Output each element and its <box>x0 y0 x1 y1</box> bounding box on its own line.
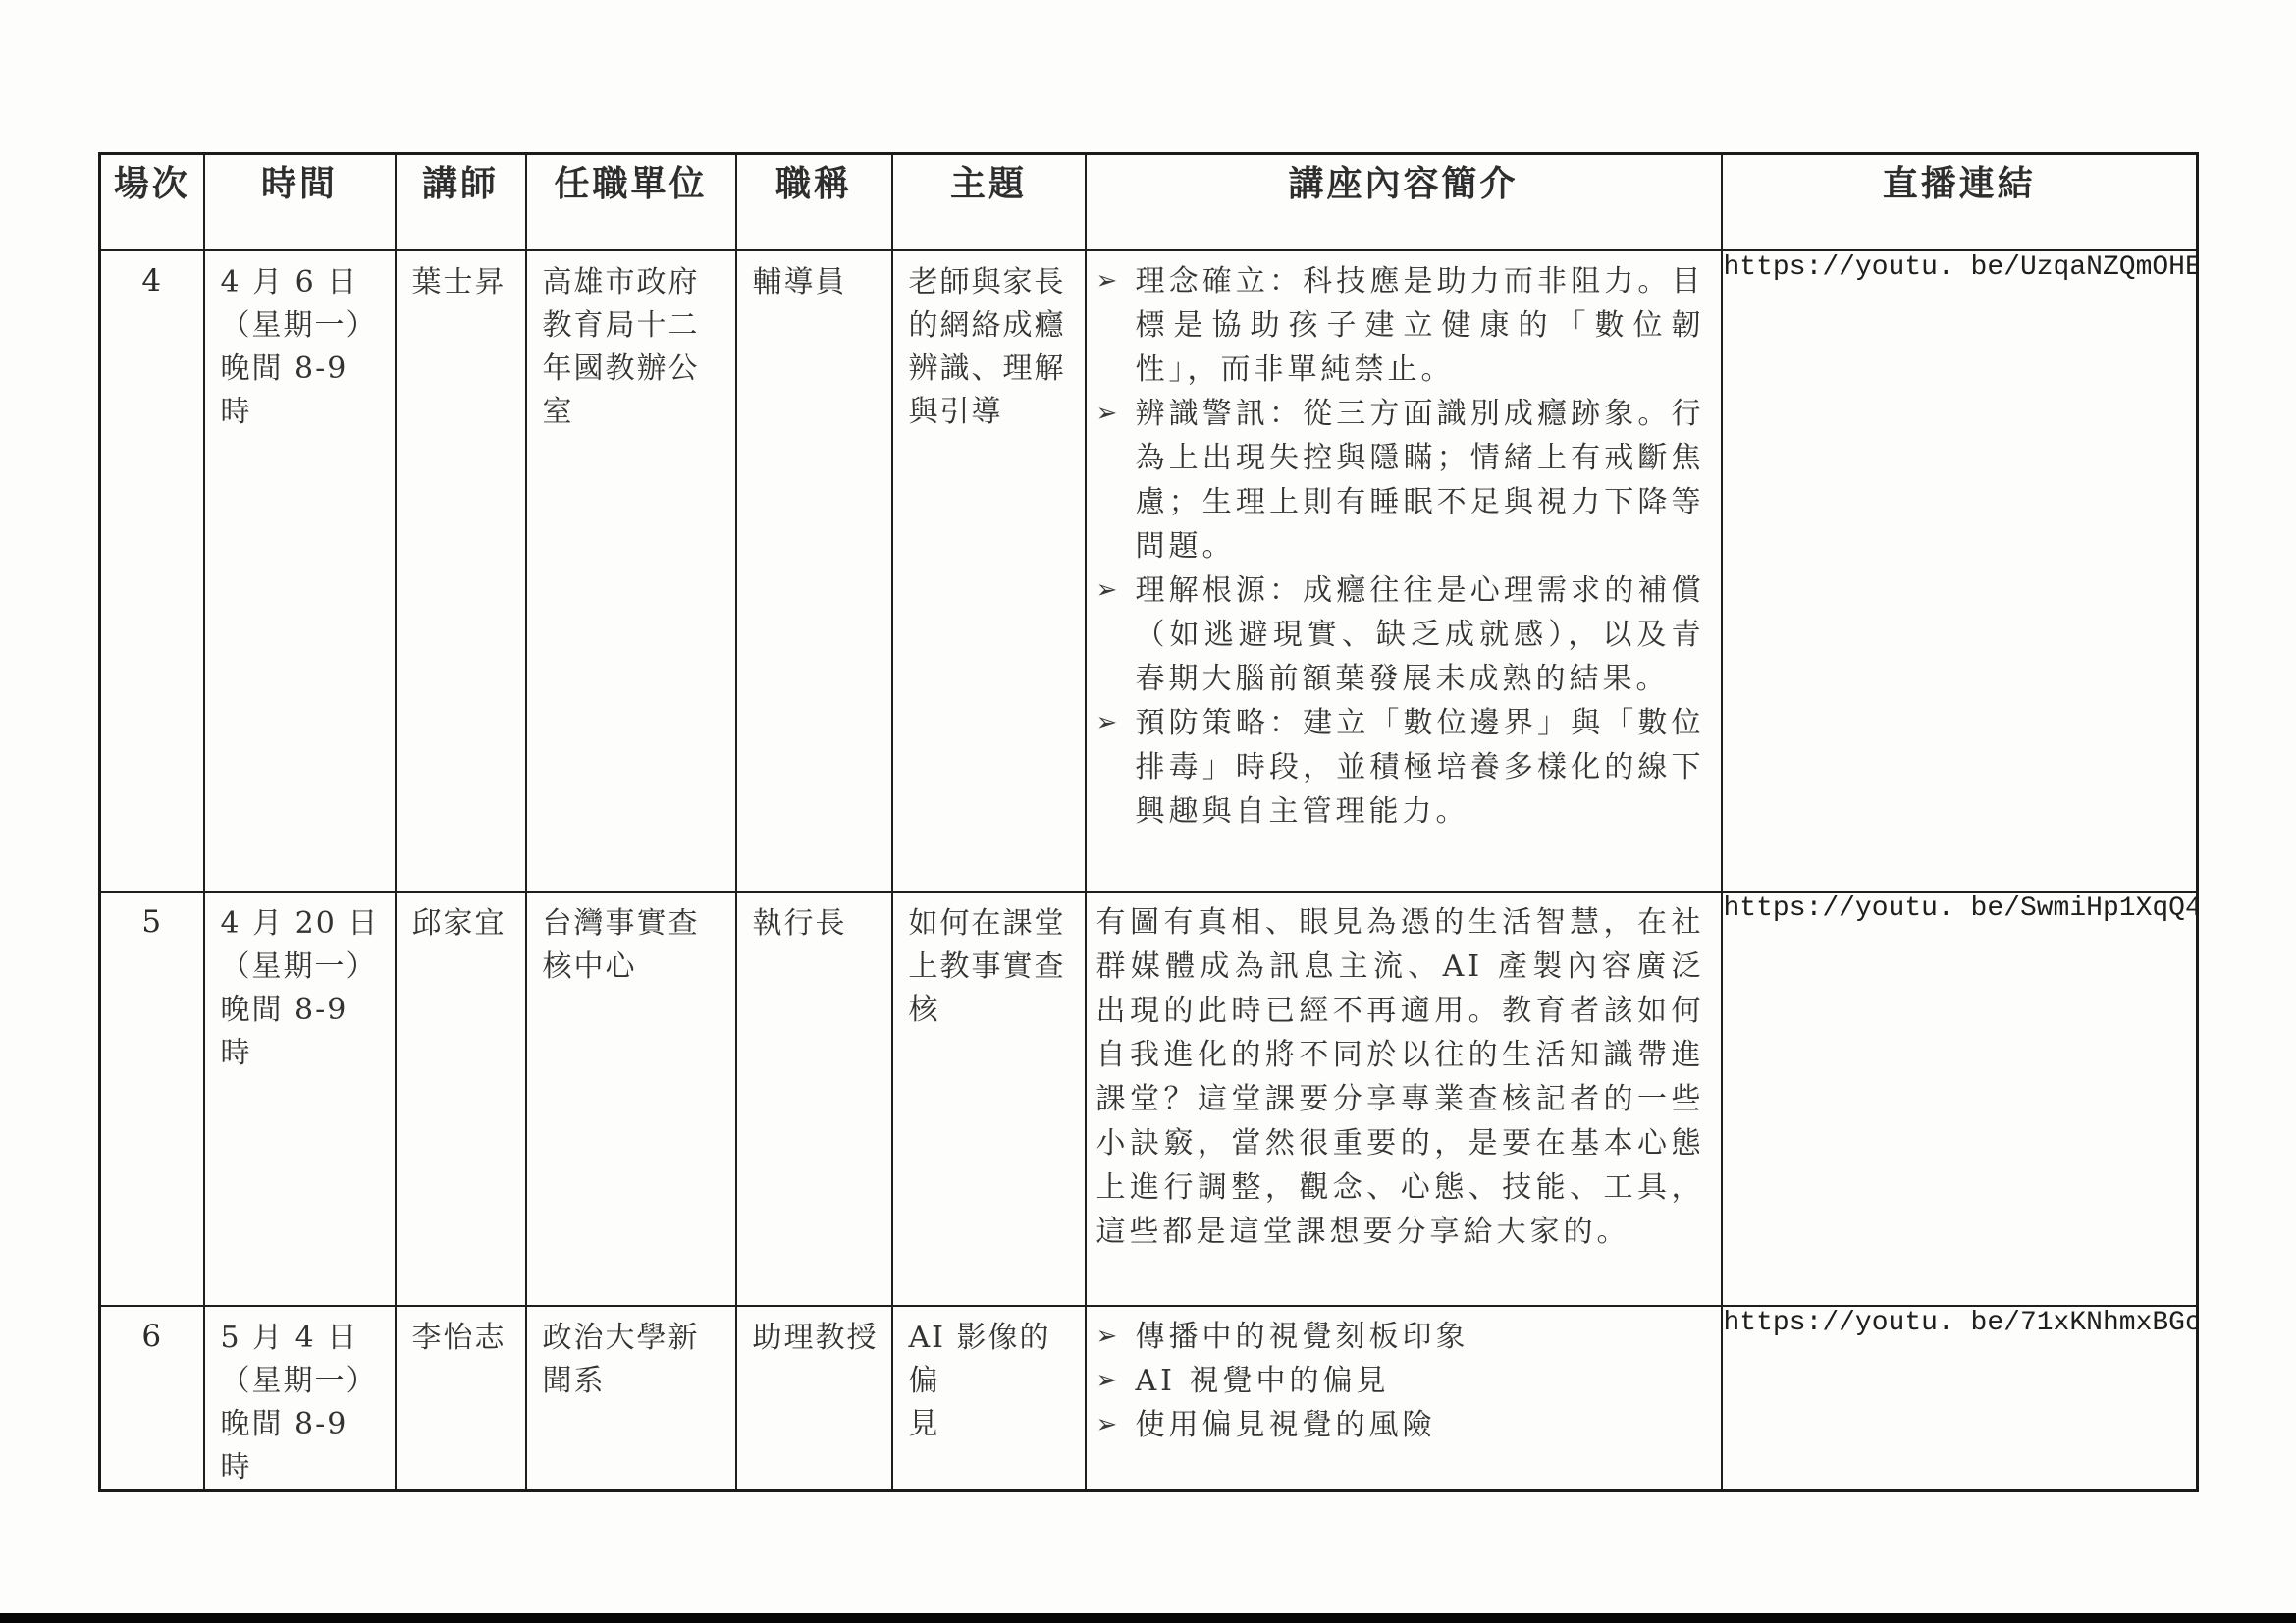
content-intro-cell: 有圖有真相、眼見為憑的生活智慧，在社群媒體成為訊息主流、AI 產製內容廣泛出現的… <box>1086 892 1722 1306</box>
bullet-text: 預防策略：建立「數位邊界」與「數位排毒」時段，並積極培養多樣化的線下興趣與自主管… <box>1136 706 1705 829</box>
bullet-text: 辨識警訊：從三方面識別成癮跡象。行為上出現失控與隱瞞；情緒上有戒斷焦慮；生理上則… <box>1136 397 1705 564</box>
scan-edge-bar <box>0 1613 2296 1623</box>
content-intro-cell: ➢ 理念確立：科技應是助力而非阻力。目標是協助孩子建立健康的「數位韌性」，而非單… <box>1086 250 1722 892</box>
topic-cell: AI 影像的偏 見 <box>892 1306 1086 1491</box>
col-header-session: 場次 <box>100 154 204 251</box>
col-header-content-intro: 講座內容簡介 <box>1086 154 1722 251</box>
col-header-organization: 任職單位 <box>526 154 736 251</box>
job-title-cell: 執行長 <box>736 892 892 1306</box>
organization-cell: 台灣事實查 核中心 <box>526 892 736 1306</box>
youtube-link: https://youtu. be/71xKNhmxBGo <box>1724 1308 2198 1338</box>
content-bullet-item: ➢ 辨識警訊：從三方面識別成癮跡象。行為上出現失控與隱瞞；情緒上有戒斷焦慮；生理… <box>1096 392 1705 568</box>
content-bullet-list: ➢ 傳播中的視覺刻板印象 ➢ AI 視覺中的偏見 ➢ 使用偏見視覺的風險 <box>1096 1315 1705 1447</box>
arrow-bullet-icon: ➢ <box>1096 392 1118 436</box>
content-bullet-item: ➢ 使用偏見視覺的風險 <box>1096 1403 1705 1447</box>
youtube-link: https://youtu. be/UzqaNZQmOHE <box>1724 252 2198 283</box>
col-header-topic: 主題 <box>892 154 1086 251</box>
lecturer-cell: 李怡志 <box>396 1306 526 1491</box>
table-row-session-5: 5 4 月 20 日 （星期一） 晚間 8-9 時 邱家宜 台灣事實查 核中心 … <box>100 892 2198 1306</box>
content-bullet-list: ➢ 理念確立：科技應是助力而非阻力。目標是協助孩子建立健康的「數位韌性」，而非單… <box>1096 259 1705 834</box>
topic-cell: 如何在課堂 上教事實查 核 <box>892 892 1086 1306</box>
col-header-time: 時間 <box>204 154 396 251</box>
time-cell: 4 月 6 日 （星期一） 晚間 8-9 時 <box>204 250 396 892</box>
bullet-text: 使用偏見視覺的風險 <box>1136 1408 1436 1442</box>
job-title-cell: 助理教授 <box>736 1306 892 1491</box>
scanned-document-page: 場次 時間 講師 任職單位 職稱 主題 講座內容簡介 直播連結 4 4 月 6 … <box>0 0 2296 1623</box>
content-bullet-item: ➢ 理念確立：科技應是助力而非阻力。目標是協助孩子建立健康的「數位韌性」，而非單… <box>1096 259 1705 392</box>
stream-link-cell: https://youtu. be/71xKNhmxBGo <box>1722 1306 2198 1491</box>
arrow-bullet-icon: ➢ <box>1096 568 1118 613</box>
stream-link-cell: https://youtu. be/SwmiHp1XqQ4 <box>1722 892 2198 1306</box>
time-cell: 5 月 4 日 （星期一） 晚間 8-9 時 <box>204 1306 396 1491</box>
content-bullet-item: ➢ 理解根源：成癮往往是心理需求的補償（如逃避現實、缺乏成就感），以及青春期大腦… <box>1096 568 1705 701</box>
arrow-bullet-icon: ➢ <box>1096 1315 1118 1359</box>
table-row-session-6: 6 5 月 4 日 （星期一） 晚間 8-9 時 李怡志 政治大學新 聞系 助理… <box>100 1306 2198 1491</box>
content-bullet-item: ➢ 傳播中的視覺刻板印象 <box>1096 1315 1705 1359</box>
bullet-text: AI 視覺中的偏見 <box>1136 1364 1390 1398</box>
time-cell: 4 月 20 日 （星期一） 晚間 8-9 時 <box>204 892 396 1306</box>
arrow-bullet-icon: ➢ <box>1096 1359 1118 1403</box>
youtube-link: https://youtu. be/SwmiHp1XqQ4 <box>1724 893 2198 924</box>
content-intro-cell: ➢ 傳播中的視覺刻板印象 ➢ AI 視覺中的偏見 ➢ 使用偏見視覺的風險 <box>1086 1306 1722 1491</box>
bullet-text: 理解根源：成癮往往是心理需求的補償（如逃避現實、缺乏成就感），以及青春期大腦前額… <box>1136 573 1705 696</box>
lecturer-cell: 邱家宜 <box>396 892 526 1306</box>
arrow-bullet-icon: ➢ <box>1096 1403 1118 1447</box>
bullet-text: 傳播中的視覺刻板印象 <box>1136 1320 1469 1354</box>
lecturer-cell: 葉士昇 <box>396 250 526 892</box>
bullet-text: 理念確立：科技應是助力而非阻力。目標是協助孩子建立健康的「數位韌性」，而非單純禁… <box>1136 264 1705 387</box>
organization-cell: 高雄市政府 教育局十二 年國教辦公 室 <box>526 250 736 892</box>
session-number: 6 <box>100 1306 204 1491</box>
table-header-row: 場次 時間 講師 任職單位 職稱 主題 講座內容簡介 直播連結 <box>100 154 2198 251</box>
table-row-session-4: 4 4 月 6 日 （星期一） 晚間 8-9 時 葉士昇 高雄市政府 教育局十二… <box>100 250 2198 892</box>
session-number: 5 <box>100 892 204 1306</box>
content-bullet-item: ➢ 預防策略：建立「數位邊界」與「數位排毒」時段，並積極培養多樣化的線下興趣與自… <box>1096 701 1705 834</box>
session-number: 4 <box>100 250 204 892</box>
organization-cell: 政治大學新 聞系 <box>526 1306 736 1491</box>
col-header-lecturer: 講師 <box>396 154 526 251</box>
col-header-stream-link: 直播連結 <box>1722 154 2198 251</box>
col-header-job-title: 職稱 <box>736 154 892 251</box>
arrow-bullet-icon: ➢ <box>1096 259 1118 303</box>
job-title-cell: 輔導員 <box>736 250 892 892</box>
arrow-bullet-icon: ➢ <box>1096 701 1118 745</box>
content-bullet-item: ➢ AI 視覺中的偏見 <box>1096 1359 1705 1403</box>
topic-cell: 老師與家長 的網絡成癮 辨識、理解 與引導 <box>892 250 1086 892</box>
lecture-schedule-table: 場次 時間 講師 任職單位 職稱 主題 講座內容簡介 直播連結 4 4 月 6 … <box>98 152 2199 1492</box>
stream-link-cell: https://youtu. be/UzqaNZQmOHE <box>1722 250 2198 892</box>
content-paragraph: 有圖有真相、眼見為憑的生活智慧，在社群媒體成為訊息主流、AI 產製內容廣泛出現的… <box>1096 900 1705 1254</box>
